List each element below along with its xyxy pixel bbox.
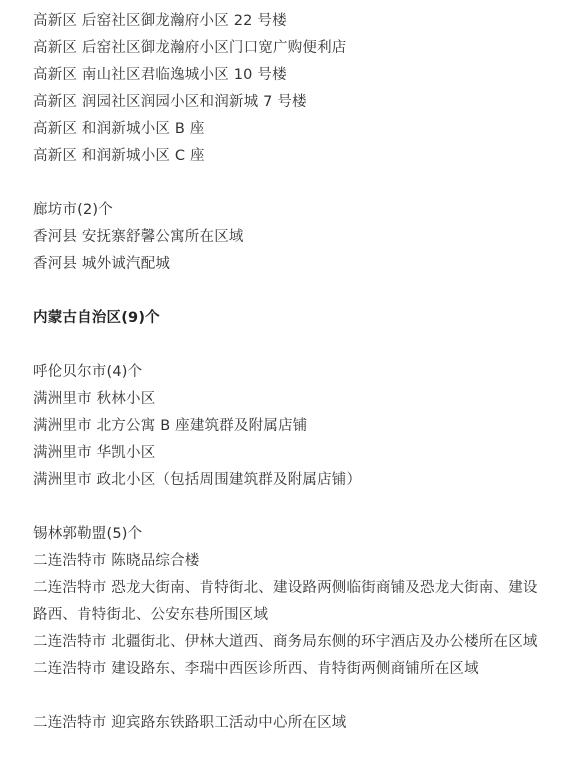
list-item: 高新区 南山社区君临逸城小区 10 号楼 [33, 62, 543, 89]
city-heading: 锡林郭勒盟(5)个 [33, 521, 543, 548]
document-body: 高新区 后窑社区御龙瀚府小区 22 号楼 高新区 后窑社区御龙瀚府小区门口宽广购… [0, 0, 563, 737]
list-item: 满洲里市 北方公寓 B 座建筑群及附属店铺 [33, 413, 543, 440]
spacer [33, 278, 543, 305]
list-item: 二连浩特市 恐龙大街南、肯特街北、建设路两侧临街商铺及恐龙大街南、建设路西、肯特… [33, 575, 543, 629]
spacer [33, 494, 543, 521]
list-item: 高新区 后窑社区御龙瀚府小区 22 号楼 [33, 8, 543, 35]
section-xilinguole: 锡林郭勒盟(5)个 二连浩特市 陈晓品综合楼 二连浩特市 恐龙大街南、肯特街北、… [33, 521, 543, 737]
province-heading: 内蒙古自治区(9)个 [33, 305, 543, 332]
list-item: 高新区 后窑社区御龙瀚府小区门口宽广购便利店 [33, 35, 543, 62]
list-item: 满洲里市 华凯小区 [33, 440, 543, 467]
list-item: 二连浩特市 迎宾路东铁路职工活动中心所在区域 [33, 710, 543, 737]
city-heading: 廊坊市(2)个 [33, 197, 543, 224]
list-item: 二连浩特市 陈晓品综合楼 [33, 548, 543, 575]
list-item: 香河县 城外诚汽配城 [33, 251, 543, 278]
section-hulunbeier: 呼伦贝尔市(4)个 满洲里市 秋林小区 满洲里市 北方公寓 B 座建筑群及附属店… [33, 359, 543, 494]
list-item: 高新区 和润新城小区 B 座 [33, 116, 543, 143]
city-heading: 呼伦贝尔市(4)个 [33, 359, 543, 386]
spacer [33, 683, 543, 710]
section-gaoxin: 高新区 后窑社区御龙瀚府小区 22 号楼 高新区 后窑社区御龙瀚府小区门口宽广购… [33, 8, 543, 170]
list-item: 高新区 润园社区润园小区和润新城 7 号楼 [33, 89, 543, 116]
list-item: 二连浩特市 北疆街北、伊林大道西、商务局东侧的环宇酒店及办公楼所在区域 [33, 629, 543, 656]
list-item: 满洲里市 秋林小区 [33, 386, 543, 413]
list-item: 满洲里市 政北小区（包括周围建筑群及附属店铺） [33, 467, 543, 494]
section-langfang: 廊坊市(2)个 香河县 安抚寨舒馨公寓所在区域 香河县 城外诚汽配城 [33, 197, 543, 278]
list-item: 高新区 和润新城小区 C 座 [33, 143, 543, 170]
spacer [33, 332, 543, 359]
list-item: 二连浩特市 建设路东、李瑞中西医诊所西、肯特街两侧商铺所在区域 [33, 656, 543, 683]
spacer [33, 170, 543, 197]
list-item: 香河县 安抚寨舒馨公寓所在区域 [33, 224, 543, 251]
